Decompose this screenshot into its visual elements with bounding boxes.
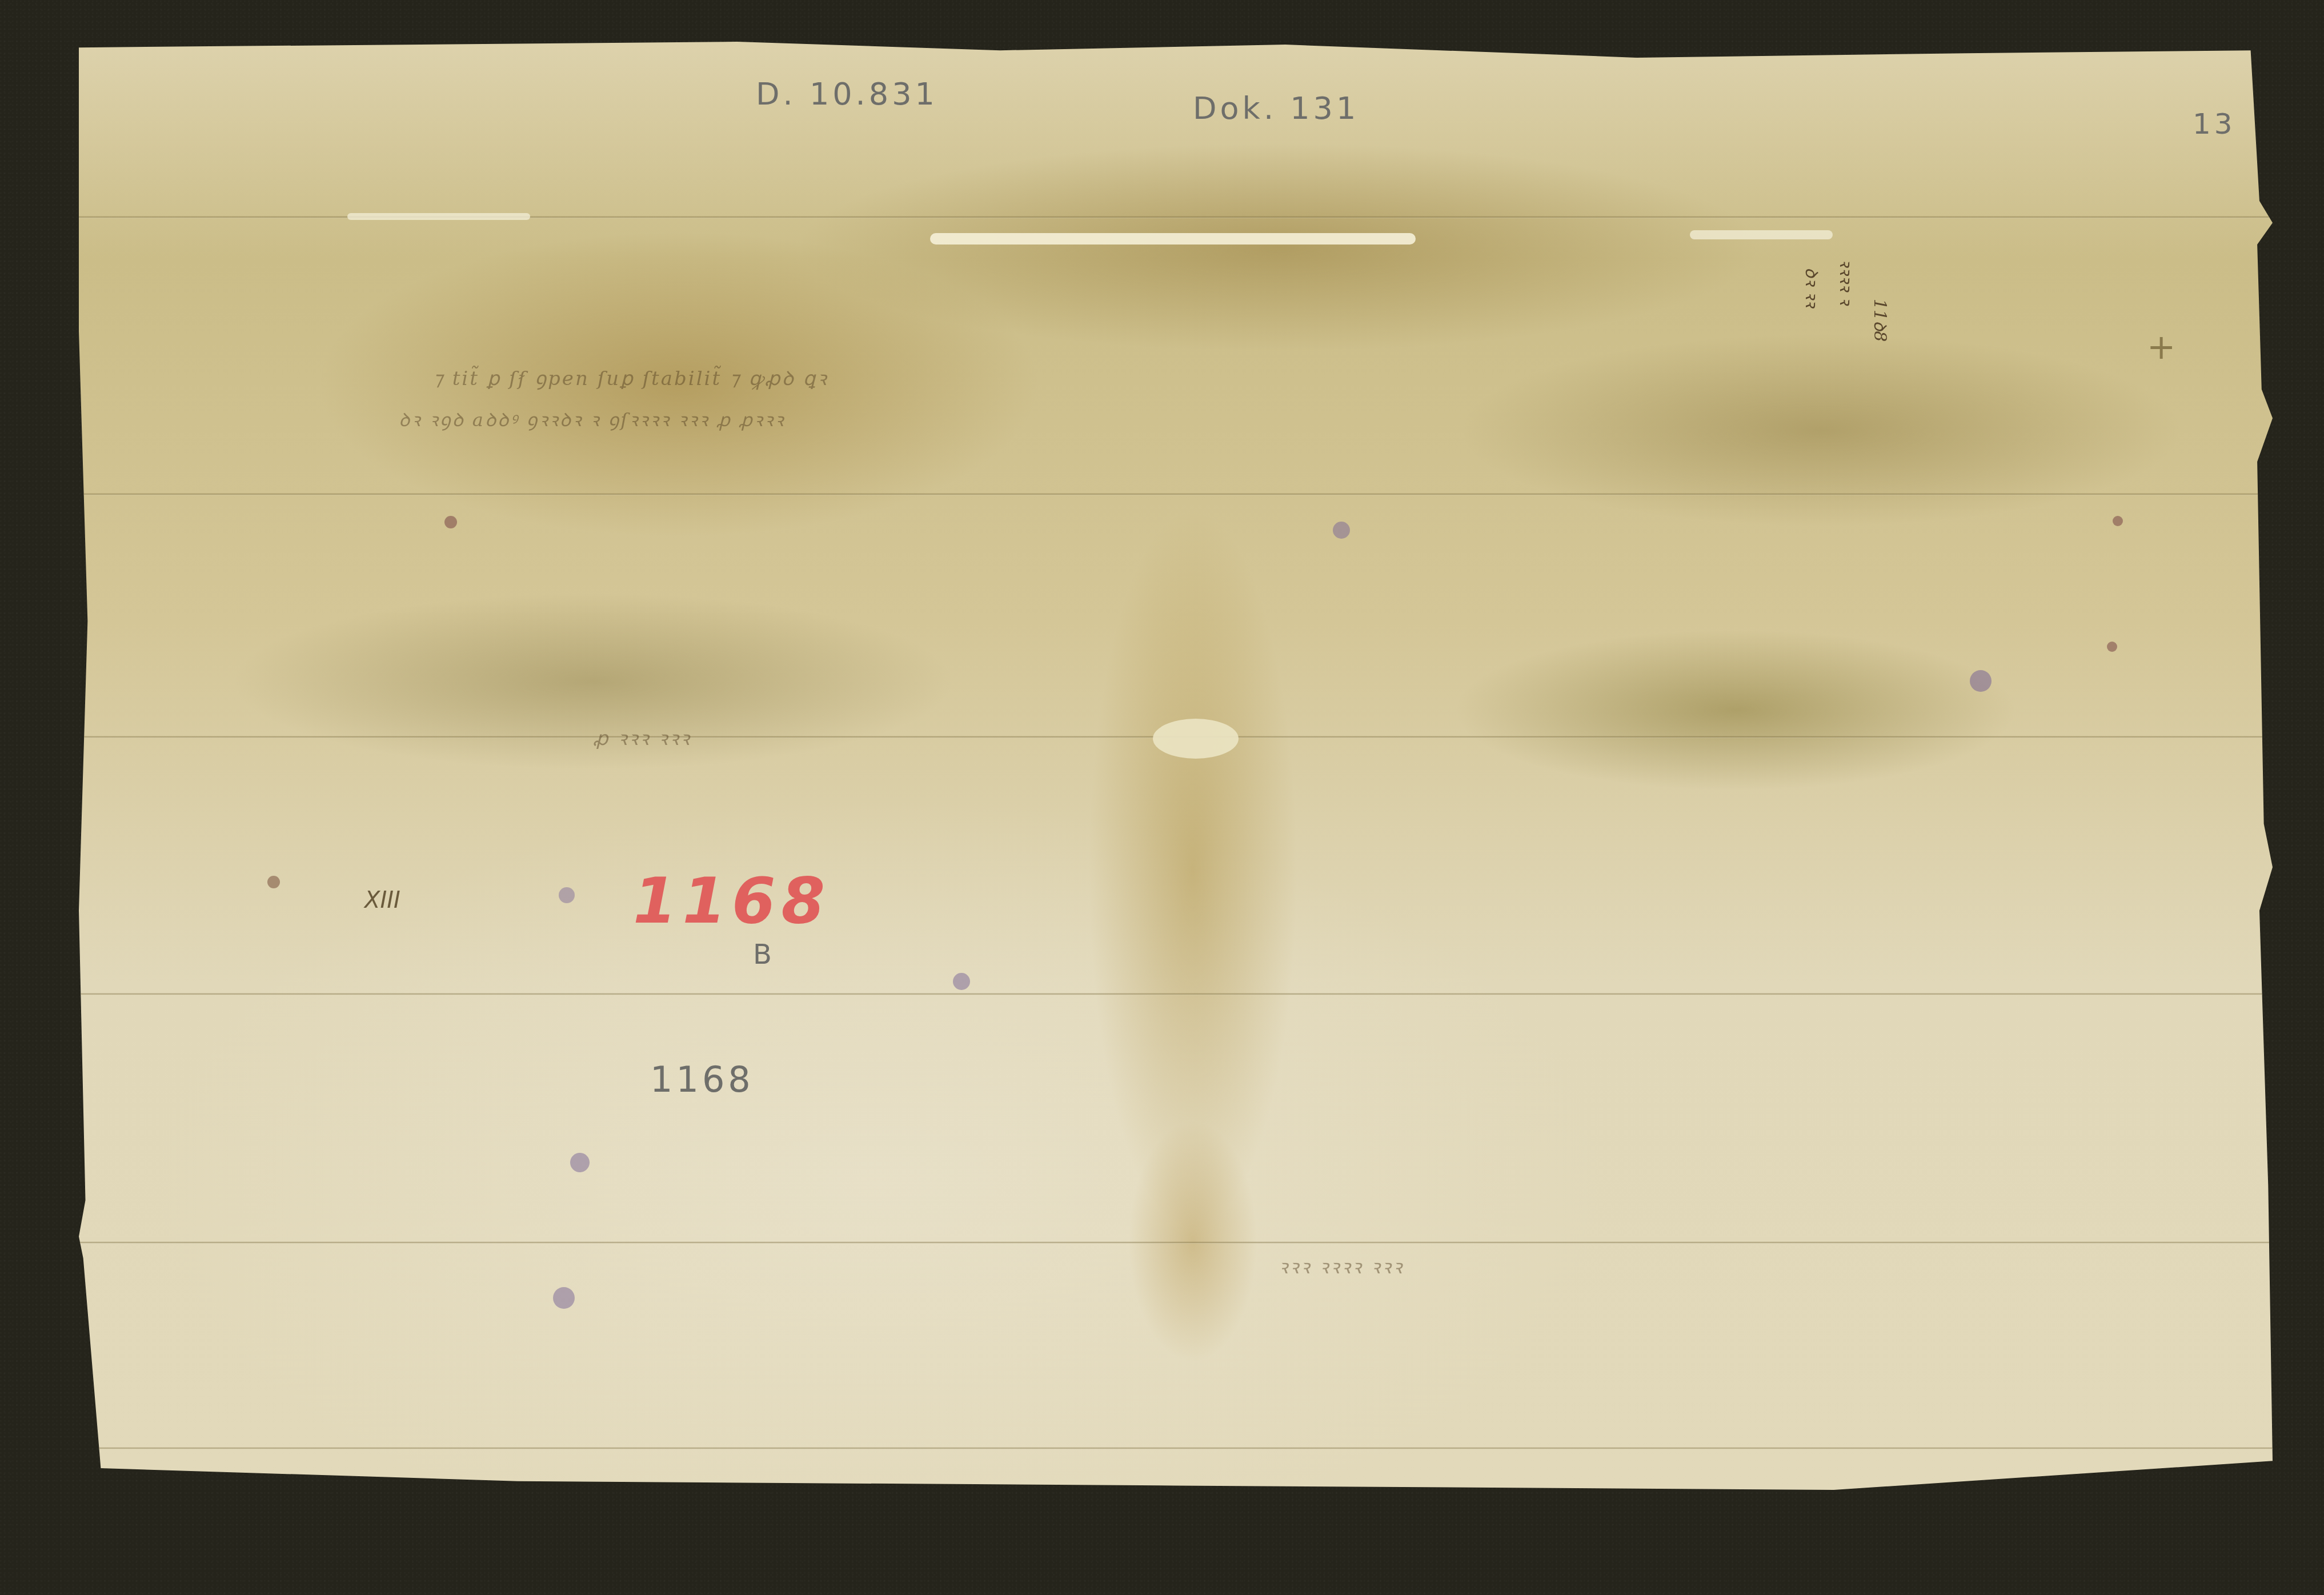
faded-text-line: ⁊ tit̃ ꝑ ſẜ ꝯpen ſuꝑ ſtabilit̃ ⁊ ꝙꝓꝺ ꝗꝛ [433,364,828,391]
ink-spot [2107,642,2117,652]
ink-spot [559,887,575,903]
faded-text-line: ꝓ ꝛꝛꝛ ꝛꝛꝛ [593,724,691,751]
fold-line [79,493,2273,495]
ink-spot [570,1153,590,1172]
ink-spot [553,1287,575,1309]
ink-spot [1333,522,1350,539]
document-number-label: Dok. 131 [1193,90,1359,126]
ink-spot [1970,670,1992,692]
ink-spot [444,516,457,528]
cross-mark: + [2147,327,2175,367]
seal-hole-patch [1153,719,1239,759]
faded-text-line: ꝺꝛ ꝛꝯꝺ aꝺꝺꝰ ꝯꝛꝛꝺꝛ ꝛ ꝯſꝛꝛꝛꝛ ꝛꝛꝛ ꝓ ꝓꝛꝛꝛ [399,407,785,432]
worn-fold-strip [930,233,1416,245]
fold-line [79,1447,2273,1449]
ink-spot [267,876,280,888]
pencil-date-annotation: 1168 [650,1059,754,1100]
faded-text-line: ꝛꝛꝛ ꝛꝛꝛꝛ ꝛꝛꝛ [1279,1253,1404,1279]
parchment-sheet: D. 10.831 Dok. 131 13 1168 B 1168 XIII +… [79,42,2273,1490]
folio-number: 13 [2193,107,2236,141]
letter-b-annotation: B [753,939,775,971]
worn-fold-strip [1690,230,1833,239]
roman-numeral-annotation: XIII [364,887,400,913]
ink-spot [953,973,970,990]
marginal-note: 11ꝺ8 [1869,299,1893,342]
fold-line [79,1241,2273,1244]
fold-line [79,993,2273,995]
shelfmark-label: D. 10.831 [756,76,938,112]
worn-fold-strip [347,213,530,220]
ink-spot [2113,516,2123,526]
marginal-note: ꝛꝛꝛꝛ ꝛ [1835,259,1858,305]
red-date-annotation: 1168 [633,864,831,937]
marginal-note: ꝺꝛ ꝛꝛ [1801,267,1824,307]
